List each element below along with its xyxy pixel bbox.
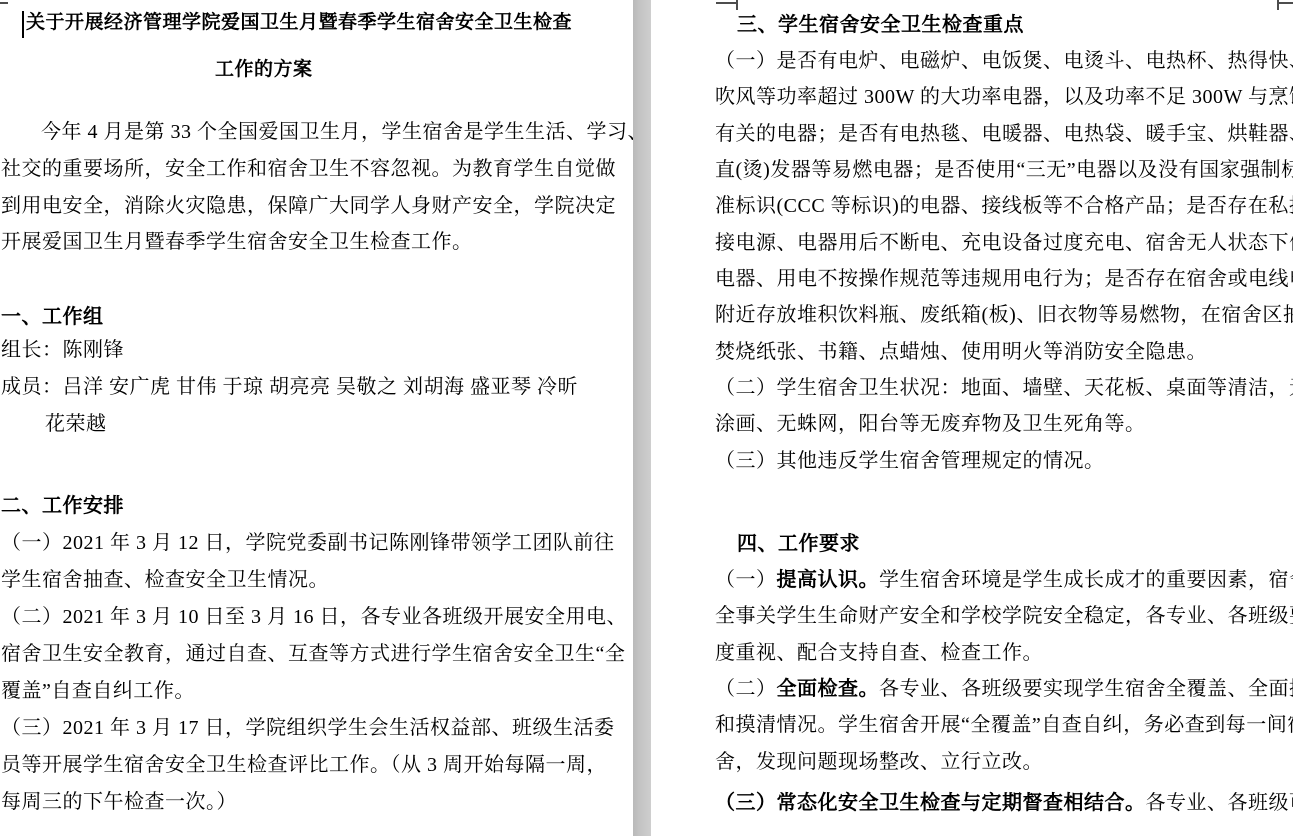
text-line[interactable]: 宿舍卫生安全教育，通过自查、互查等方式进行学生宿舍安全卫生“全 [1, 641, 625, 667]
page-left[interactable]: 关于开展经济管理学院爱国卫生月暨春季学生宿舍安全卫生检查 工作的方案 今年 4 … [0, 0, 633, 836]
text-line[interactable]: （一）提高认识。学生宿舍环境是学生成长成才的重要因素，宿舍安 [715, 567, 1293, 593]
text-line[interactable]: 焚烧纸张、书籍、点蜡烛、使用明火等消防安全隐患。 [715, 339, 1207, 365]
item-number: （二） [715, 678, 777, 700]
text-line[interactable]: 涂画、无蛛网，阳台等无废弃物及卫生死角等。 [715, 411, 1146, 437]
text-line[interactable]: 吹风等功率超过 300W 的大功率电器，以及功率不足 300W 与烹饪蒸煮 [715, 84, 1293, 110]
text-line[interactable]: （三）其他违反学生宿舍管理规定的情况。 [715, 448, 1105, 474]
text-line[interactable]: 和摸清情况。学生宿舍开展“全覆盖”自查自纠，务必查到每一间宿 [715, 712, 1293, 738]
item-text: 舍，发现问题现场整改、立行立改。 [715, 751, 1043, 773]
text-line[interactable]: （三）2021 年 3 月 17 日，学院组织学生会生活权益部、班级生活委 [1, 715, 615, 741]
document-canvas: 关于开展经济管理学院爱国卫生月暨春季学生宿舍安全卫生检查 工作的方案 今年 4 … [0, 0, 1293, 836]
text-line[interactable]: 直(烫)发器等易燃电器；是否使用“三无”电器以及没有国家强制标 [715, 157, 1293, 183]
section4-heading[interactable]: 四、工作要求 [737, 531, 860, 557]
item-text: 和摸清情况。学生宿舍开展“全覆盖”自查自纠，务必查到每一间宿 [715, 714, 1293, 736]
item-keyword: 提高认识。 [777, 569, 880, 591]
doc-title-line2[interactable]: 工作的方案 [215, 57, 313, 83]
margin-crop-mark [0, 2, 8, 4]
item-text: 各专业、各班级要实现学生宿舍全覆盖、全面排查 [879, 678, 1293, 700]
text-line[interactable]: 有关的电器；是否有电热毯、电暖器、电热袋、暖手宝、烘鞋器、电 [715, 121, 1293, 147]
text-line[interactable]: （三）常态化安全卫生检查与定期督查相结合。各专业、各班级可通 [715, 790, 1293, 816]
item-number: （一） [715, 569, 777, 591]
text-line[interactable]: 员等开展学生宿舍安全卫生检查评比工作。（从 3 周开始每隔一周， [1, 752, 607, 778]
item-text: 度重视、配合支持自查、检查工作。 [715, 642, 1043, 664]
item-text: 各专业、各班级可通 [1146, 792, 1293, 814]
text-line[interactable]: （二）学生宿舍卫生状况：地面、墙壁、天花板、桌面等清洁，无乱 [715, 375, 1293, 401]
margin-crop-mark [736, 0, 738, 10]
text-line[interactable]: 附近存放堆积饮料瓶、废纸箱(板)、旧衣物等易燃物，在宿舍区抽烟、 [715, 302, 1293, 328]
margin-crop-mark [1279, 2, 1293, 4]
doc-title-line1[interactable]: 关于开展经济管理学院爱国卫生月暨春季学生宿舍安全卫生检查 [26, 10, 572, 36]
text-line[interactable]: 开展爱国卫生月暨春季学生宿舍安全卫生检查工作。 [1, 229, 473, 255]
text-line[interactable]: 电器、用电不按操作规范等违规用电行为；是否存在宿舍或电线电器 [715, 266, 1293, 292]
text-line[interactable]: 社交的重要场所，安全工作和宿舍卫生不容忽视。为教育学生自觉做 [1, 156, 616, 182]
text-line[interactable]: 准标识(CCC 等标识)的电器、接线板等不合格产品；是否存在私拉乱 [715, 193, 1293, 219]
section2-heading[interactable]: 二、工作安排 [1, 493, 124, 519]
page-gap-divider [633, 0, 651, 836]
text-line[interactable]: 成员：吕洋 安广虎 甘伟 于琼 胡亮亮 吴敬之 刘胡海 盛亚琴 冷昕 [1, 374, 578, 400]
text-line[interactable]: 今年 4 月是第 33 个全国爱国卫生月，学生宿舍是学生生活、学习、 [41, 119, 633, 145]
item-text: 全事关学生生命财产安全和学校学院安全稳定，各专业、各班级要高 [715, 605, 1293, 627]
text-line[interactable]: 覆盖”自查自纠工作。 [1, 678, 195, 704]
text-line[interactable]: 每周三的下午检查一次。） [1, 789, 237, 815]
margin-crop-mark [1277, 0, 1279, 10]
text-line[interactable]: （一）是否有电炉、电磁炉、电饭煲、电烫斗、电热杯、热得快、电 [715, 48, 1293, 74]
text-line[interactable]: 接电源、电器用后不断电、充电设备过度充电、宿舍无人状态下使用 [715, 230, 1293, 256]
section3-heading[interactable]: 三、学生宿舍安全卫生检查重点 [737, 12, 1024, 38]
text-line[interactable]: （二）全面检查。各专业、各班级要实现学生宿舍全覆盖、全面排查 [715, 676, 1293, 702]
text-cursor [22, 11, 24, 38]
item-keyword: （三）常态化安全卫生检查与定期督查相结合。 [715, 792, 1146, 814]
page-right[interactable]: 三、学生宿舍安全卫生检查重点 （一）是否有电炉、电磁炉、电饭煲、电烫斗、电热杯、… [651, 0, 1293, 836]
section1-heading[interactable]: 一、工作组 [1, 304, 104, 330]
text-line[interactable]: 度重视、配合支持自查、检查工作。 [715, 640, 1043, 666]
text-line[interactable]: 组长：陈刚锋 [1, 337, 124, 363]
text-line[interactable]: 到用电安全，消除火灾隐患，保障广大同学人身财产安全，学院决定 [1, 193, 616, 219]
text-line[interactable]: 花荣越 [45, 411, 107, 437]
item-text: 学生宿舍环境是学生成长成才的重要因素，宿舍安 [879, 569, 1293, 591]
item-keyword: 全面检查。 [777, 678, 880, 700]
text-line[interactable]: 舍，发现问题现场整改、立行立改。 [715, 749, 1043, 775]
text-line[interactable]: （一）2021 年 3 月 12 日，学院党委副书记陈刚锋带领学工团队前往 [1, 530, 615, 556]
text-line[interactable]: 全事关学生生命财产安全和学校学院安全稳定，各专业、各班级要高 [715, 603, 1293, 629]
text-line[interactable]: （二）2021 年 3 月 10 日至 3 月 16 日，各专业各班级开展安全用… [1, 604, 627, 630]
text-line[interactable]: 学生宿舍抽查、检查安全卫生情况。 [1, 567, 329, 593]
margin-crop-mark [716, 2, 736, 4]
